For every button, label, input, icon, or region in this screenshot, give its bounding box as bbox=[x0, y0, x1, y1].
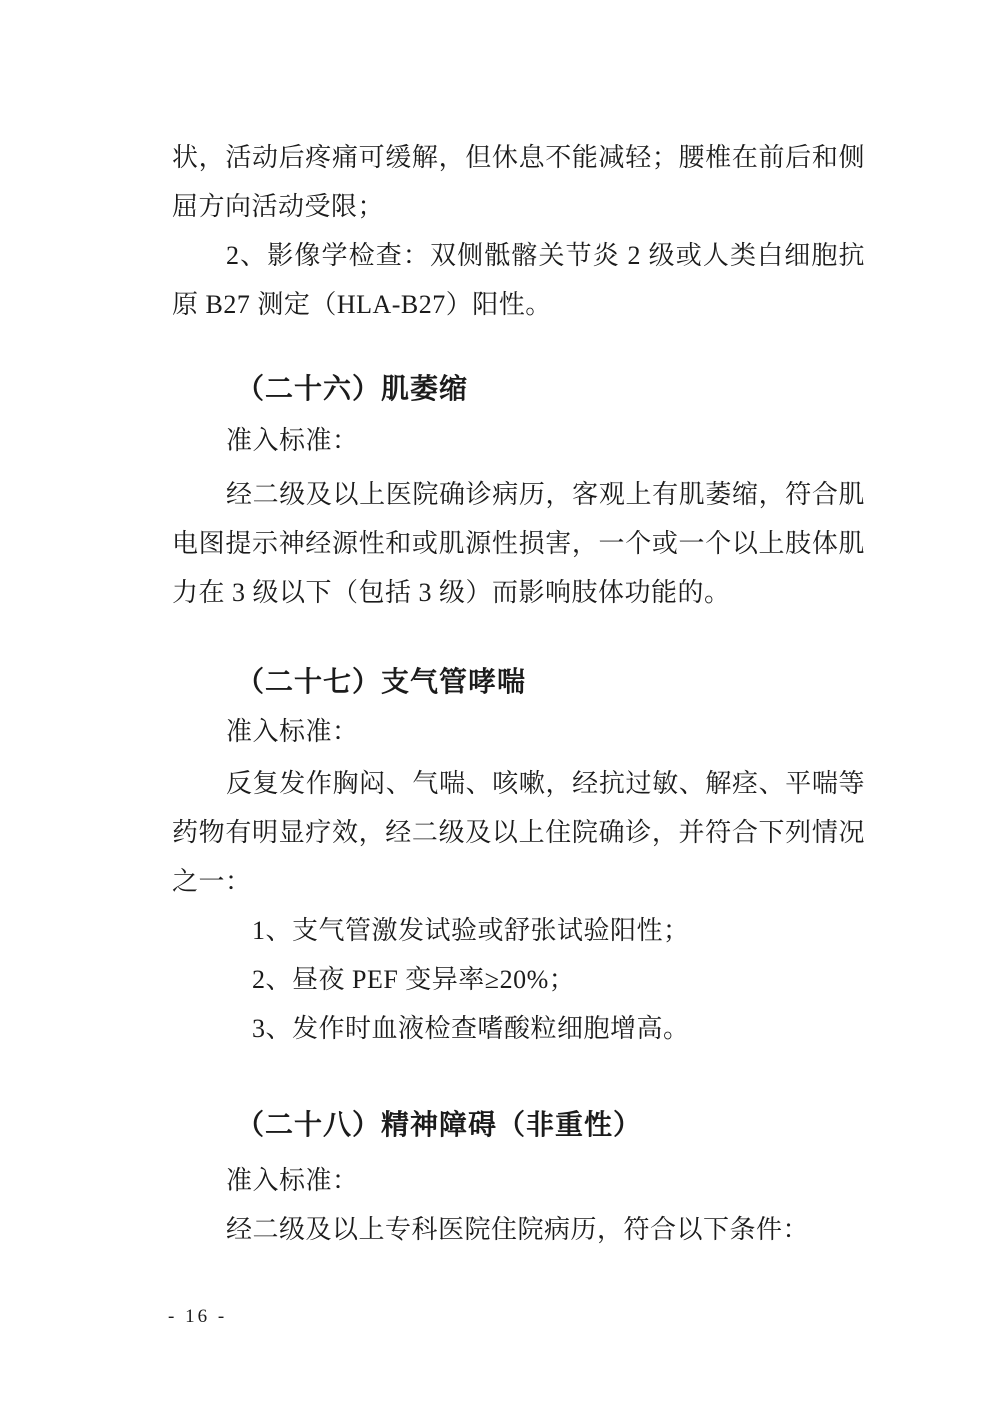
page-number: - 16 - bbox=[168, 1305, 227, 1329]
admission-standard-label: 准入标准： bbox=[172, 416, 865, 465]
paragraph-line: 经二级及以上专科医院住院病历，符合以下条件： bbox=[172, 1205, 865, 1254]
section-heading-27: （二十七）支气管哮喘 bbox=[236, 658, 865, 707]
paragraph-line: 状，活动后疼痛可缓解，但休息不能减轻；腰椎在前后和侧 bbox=[172, 133, 865, 182]
list-item-1: 1、支气管激发试验或舒张试验阳性； bbox=[252, 906, 865, 955]
paragraph-line: 屈方向活动受限； bbox=[172, 182, 865, 231]
document-page: 状，活动后疼痛可缓解，但休息不能减轻；腰椎在前后和侧 屈方向活动受限； 2、影像… bbox=[0, 0, 1000, 1414]
admission-standard-label: 准入标准： bbox=[172, 707, 865, 756]
paragraph-line: 力在 3 级以下（包括 3 级）而影响肢体功能的。 bbox=[172, 568, 865, 617]
paragraph-line: 2、影像学检查：双侧骶髂关节炎 2 级或人类白细胞抗 bbox=[172, 231, 865, 280]
paragraph-line: 经二级及以上医院确诊病历，客观上有肌萎缩，符合肌 bbox=[172, 470, 865, 519]
paragraph-line: 药物有明显疗效，经二级及以上住院确诊，并符合下列情况 bbox=[172, 808, 865, 857]
section-heading-28: （二十八）精神障碍（非重性） bbox=[236, 1101, 865, 1150]
list-item-3: 3、发作时血液检查嗜酸粒细胞增高。 bbox=[252, 1004, 865, 1053]
paragraph-line: 原 B27 测定（HLA-B27）阳性。 bbox=[172, 280, 865, 329]
paragraph-line: 电图提示神经源性和或肌源性损害，一个或一个以上肢体肌 bbox=[172, 519, 865, 568]
paragraph-line: 反复发作胸闷、气喘、咳嗽，经抗过敏、解痉、平喘等 bbox=[172, 759, 865, 808]
section-heading-26: （二十六）肌萎缩 bbox=[236, 365, 865, 414]
list-item-2: 2、昼夜 PEF 变异率≥20%； bbox=[252, 955, 865, 1004]
admission-standard-label: 准入标准： bbox=[172, 1156, 865, 1205]
paragraph-line: 之一： bbox=[172, 857, 865, 906]
document-body: 状，活动后疼痛可缓解，但休息不能减轻；腰椎在前后和侧 屈方向活动受限； 2、影像… bbox=[172, 133, 865, 1254]
